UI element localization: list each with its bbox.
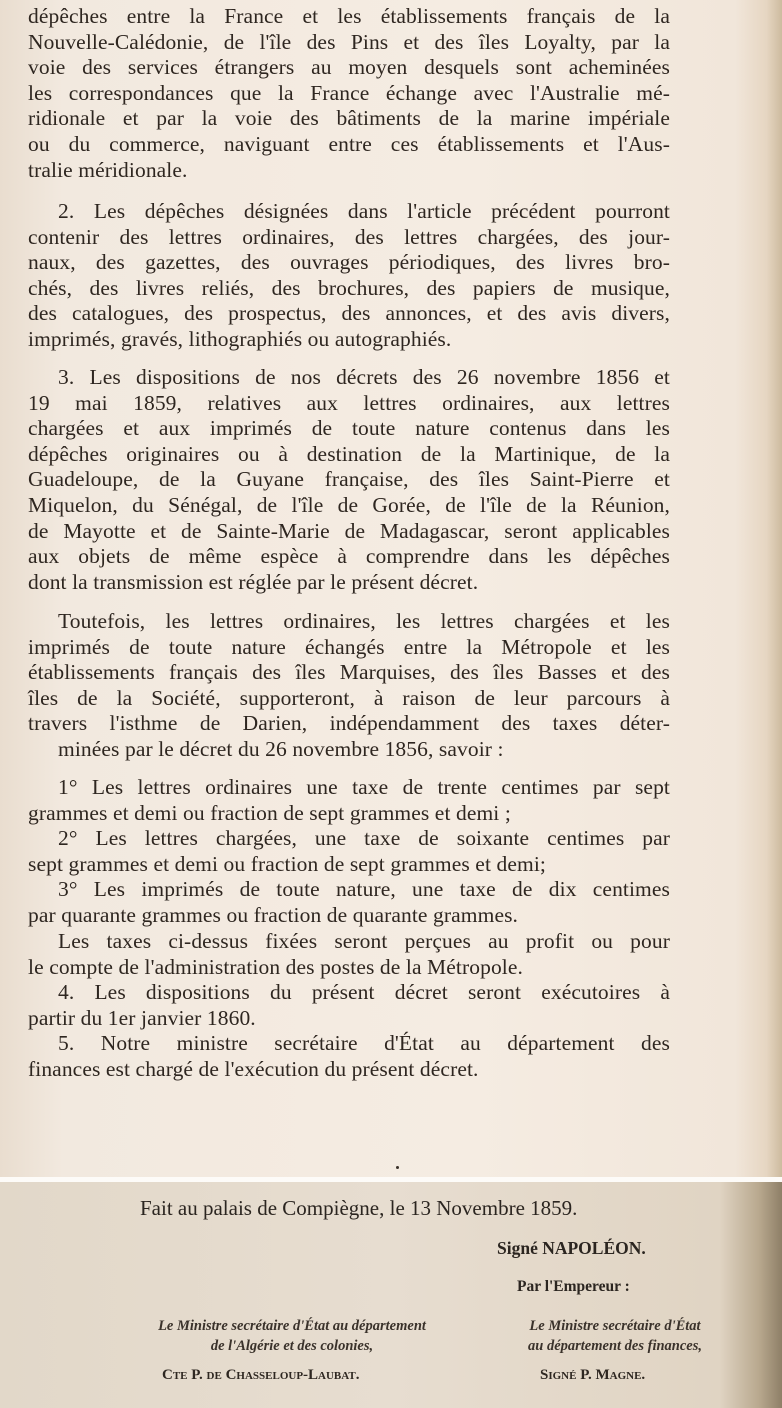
- articles-4-5: Les taxes ci-dessus fixées seront perçue…: [28, 929, 670, 1083]
- minister-left-line: Le Ministre secrétaire d'État au départe…: [112, 1316, 472, 1336]
- text-line: Toutefois, les lettres ordinaires, les l…: [28, 609, 670, 635]
- text-line: finances est chargé de l'exécution du pr…: [28, 1057, 670, 1083]
- text-line: dépêches originaires ou à destination de…: [28, 442, 670, 468]
- text-line: grammes et demi ou fraction de sept gram…: [28, 801, 670, 827]
- text-line: 2. Les dépêches désignées dans l'article…: [28, 199, 670, 225]
- fait-au-palais: Fait au palais de Compiègne, le 13 Novem…: [140, 1196, 782, 1221]
- text-line: 4. Les dispositions du présent décret se…: [28, 980, 670, 1006]
- text-line: ou du commerce, naviguant entre ces étab…: [28, 132, 670, 158]
- text-line: par quarante grammes ou fraction de quar…: [28, 903, 670, 929]
- text-line: tralie méridionale.: [28, 158, 670, 184]
- text-line: 3. Les dispositions de nos décrets des 2…: [28, 365, 670, 391]
- taxes-list: 1° Les lettres ordinaires une taxe de tr…: [28, 775, 670, 929]
- text-line: naux, des gazettes, des ouvrages périodi…: [28, 250, 670, 276]
- text-line: des catalogues, des prospectus, des anno…: [28, 301, 670, 327]
- page-mark: [396, 1166, 399, 1169]
- text-line: 2° Les lettres chargées, une taxe de soi…: [28, 826, 670, 852]
- text-line: contenir des lettres ordinaires, des let…: [28, 225, 670, 251]
- signature-chasseloup-laubat: Cte P. de Chasseloup-Laubat.: [162, 1367, 359, 1384]
- text-line: Nouvelle-Calédonie, de l'île des Pins et…: [28, 30, 670, 56]
- text-line: de Mayotte et de Sainte-Marie de Madagas…: [28, 519, 670, 545]
- text-line: imprimés de toute nature échangés entre …: [28, 635, 670, 661]
- text-line: le compte de l'administration des postes…: [28, 955, 670, 981]
- article-1-continuation: dépêches entre la France et les établiss…: [28, 4, 670, 183]
- text-line: partir du 1er janvier 1860.: [28, 1006, 670, 1032]
- text-line: chargées et aux imprimés de toute nature…: [28, 416, 670, 442]
- minister-right-line: Le Ministre secrétaire d'État: [490, 1316, 740, 1336]
- signature-napoleon: Signé NAPOLÉON.: [497, 1238, 782, 1259]
- text-line: 19 mai 1859, relatives aux lettres ordin…: [28, 391, 670, 417]
- minister-right-line: au département des finances,: [490, 1336, 740, 1356]
- text-line: aux objets de même espèce à comprendre d…: [28, 544, 670, 570]
- text-line: imprimés, gravés, lithographiés ou autog…: [28, 327, 670, 353]
- article-3: 3. Les dispositions de nos décrets des 2…: [28, 365, 670, 595]
- text-line: îles de la Société, supporteront, à rais…: [28, 686, 670, 712]
- text-line: établissements français des îles Marquis…: [28, 660, 670, 686]
- text-line: chés, des livres reliés, des brochures, …: [28, 276, 670, 302]
- par-l-empereur: Par l'Empereur :: [517, 1278, 782, 1296]
- minister-colonies-title: Le Ministre secrétaire d'État au départe…: [112, 1316, 472, 1356]
- text-line: dont la transmission est réglée par le p…: [28, 570, 670, 596]
- text-line: voie des services étrangers au moyen des…: [28, 55, 670, 81]
- text-line: travers l'isthme de Darien, indépendamme…: [28, 711, 670, 737]
- toutefois-paragraph: Toutefois, les lettres ordinaires, les l…: [28, 609, 670, 763]
- text-line: les correspondances que la France échang…: [28, 81, 670, 107]
- text-line: 5. Notre ministre secrétaire d'État au d…: [28, 1031, 670, 1057]
- minister-left-line: de l'Algérie et des colonies,: [112, 1336, 472, 1356]
- text-line: 3° Les imprimés de toute nature, une tax…: [28, 877, 670, 903]
- text-line: Miquelon, du Sénégal, de l'île de Gorée,…: [28, 493, 670, 519]
- text-line: 1° Les lettres ordinaires une taxe de tr…: [28, 775, 670, 801]
- text-line: Les taxes ci-dessus fixées seront perçue…: [28, 929, 670, 955]
- minister-finances-title: Le Ministre secrétaire d'État au départe…: [490, 1316, 740, 1356]
- text-line: dépêches entre la France et les établiss…: [28, 4, 670, 30]
- signature-magne: Signé P. Magne.: [540, 1367, 645, 1384]
- text-line: ridionale et par la voie des bâtiments d…: [28, 106, 670, 132]
- text-line: sept grammes et demi ou fraction de sept…: [28, 852, 670, 878]
- text-line: Guadeloupe, de la Guyane française, des …: [28, 467, 670, 493]
- article-2: 2. Les dépêches désignées dans l'article…: [28, 199, 670, 353]
- text-line: minées par le décret du 26 novembre 1856…: [28, 737, 670, 763]
